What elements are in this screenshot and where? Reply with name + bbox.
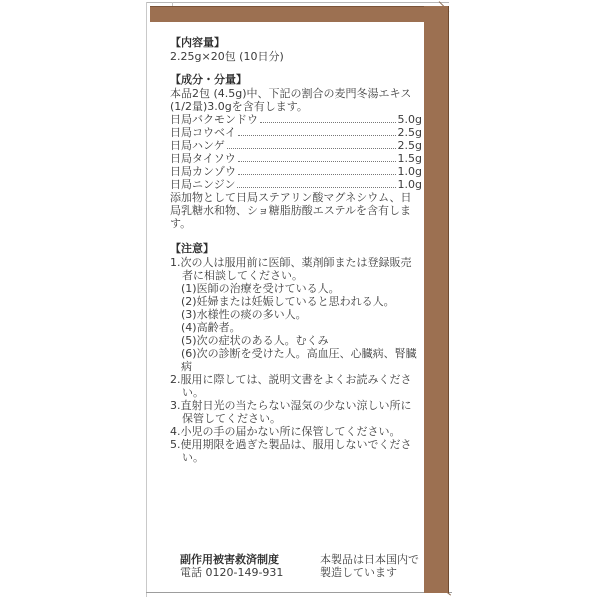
relief-system-title: 副作用被害救済制度 (180, 553, 283, 566)
precaution-subitem: (2)妊婦または妊娠していると思われる人。 (181, 295, 422, 308)
side-effect-relief-block: 副作用被害救済制度 電話 0120-149-931 (180, 553, 283, 579)
precautions-heading: 【注意】 (170, 242, 422, 256)
dot-leader (238, 174, 396, 175)
precaution-item: 5.使用期限を過ぎた製品は、服用しないでください。 (170, 438, 422, 464)
section-ingredients: 【成分・分量】 本品2包 (4.5g)中、下記の割合の麦門冬湯エキス (1/2量… (170, 73, 422, 230)
precaution-item: 1.次の人は服用前に医師、薬剤師または登録販売者に相談してください。 (170, 256, 422, 282)
dot-leader (238, 135, 396, 136)
precaution-subitem: (3)水様性の痰の多い人。 (181, 308, 422, 321)
ingredient-row: 日局ハンゲ 2.5g (170, 139, 422, 152)
section-contents: 【内容量】 2.25g×20包 (10日分) (170, 36, 422, 63)
ingredient-amount: 5.0g (398, 113, 422, 126)
relief-phone-number: 電話 0120-149-931 (180, 566, 283, 579)
ingredient-name: 日局カンゾウ (170, 165, 236, 178)
precaution-item: 3.直射日光の当たらない湿気の少ない涼しい所に保管してください。 (170, 399, 422, 425)
label-content: 【内容量】 2.25g×20包 (10日分) 【成分・分量】 本品2包 (4.5… (170, 36, 422, 464)
package-bottom-edge (146, 592, 452, 593)
ingredient-name: 日局コウベイ (170, 126, 236, 139)
medicine-box-back-panel: 【内容量】 2.25g×20包 (10日分) 【成分・分量】 本品2包 (4.5… (0, 0, 600, 600)
ingredients-heading: 【成分・分量】 (170, 73, 422, 87)
ingredient-amount: 1.5g (398, 152, 422, 165)
ingredient-name: 日局バクモンドウ (170, 113, 258, 126)
ingredient-row: 日局バクモンドウ 5.0g (170, 113, 422, 126)
dot-leader (260, 122, 396, 123)
ingredient-name: 日局ハンゲ (170, 139, 225, 152)
ingredient-name: 日局ニンジン (170, 178, 235, 191)
ingredient-row: 日局コウベイ 2.5g (170, 126, 422, 139)
precaution-item: 2.服用に際しては、説明文書をよくお読みください。 (170, 373, 422, 399)
ingredient-row: 日局ニンジン 1.0g (170, 178, 422, 191)
precaution-subitem: (4)高齢者。 (181, 321, 422, 334)
ingredients-intro: 本品2包 (4.5g)中、下記の割合の麦門冬湯エキス (1/2量)3.0gを含有… (170, 87, 422, 113)
ingredient-row: 日局カンゾウ 1.0g (170, 165, 422, 178)
ingredient-row: 日局タイソウ 1.5g (170, 152, 422, 165)
precaution-subitem: (1)医師の治療を受けている人。 (181, 282, 422, 295)
ingredient-amount: 1.0g (398, 178, 422, 191)
brown-right-band (424, 6, 449, 593)
package-top-edge (146, 2, 449, 3)
contents-heading: 【内容量】 (170, 36, 422, 50)
ingredient-amount: 1.0g (398, 165, 422, 178)
dot-leader (237, 187, 395, 188)
precaution-subitem: (6)次の診断を受けた人。高血圧、心臓病、腎臓病 (181, 347, 422, 373)
dot-leader (238, 161, 396, 162)
package-left-edge (146, 2, 147, 597)
precaution-item: 4.小児の手の届かない所に保管してください。 (170, 425, 422, 438)
dot-leader (227, 148, 396, 149)
ingredient-name: 日局タイソウ (170, 152, 236, 165)
precaution-subitem: (5)次の症状のある人。むくみ (181, 334, 422, 347)
brown-top-band (150, 6, 449, 22)
contents-value: 2.25g×20包 (10日分) (170, 50, 422, 63)
additives-note: 添加物として日局ステアリン酸マグネシウム、日局乳糖水和物、ショ糖脂肪酸エステルを… (170, 191, 422, 230)
section-precautions: 【注意】 1.次の人は服用前に医師、薬剤師または登録販売者に相談してください。 … (170, 242, 422, 464)
made-in-japan-note: 本製品は日本国内で製造しています (320, 553, 424, 579)
ingredient-amount: 2.5g (398, 126, 422, 139)
ingredient-amount: 2.5g (398, 139, 422, 152)
